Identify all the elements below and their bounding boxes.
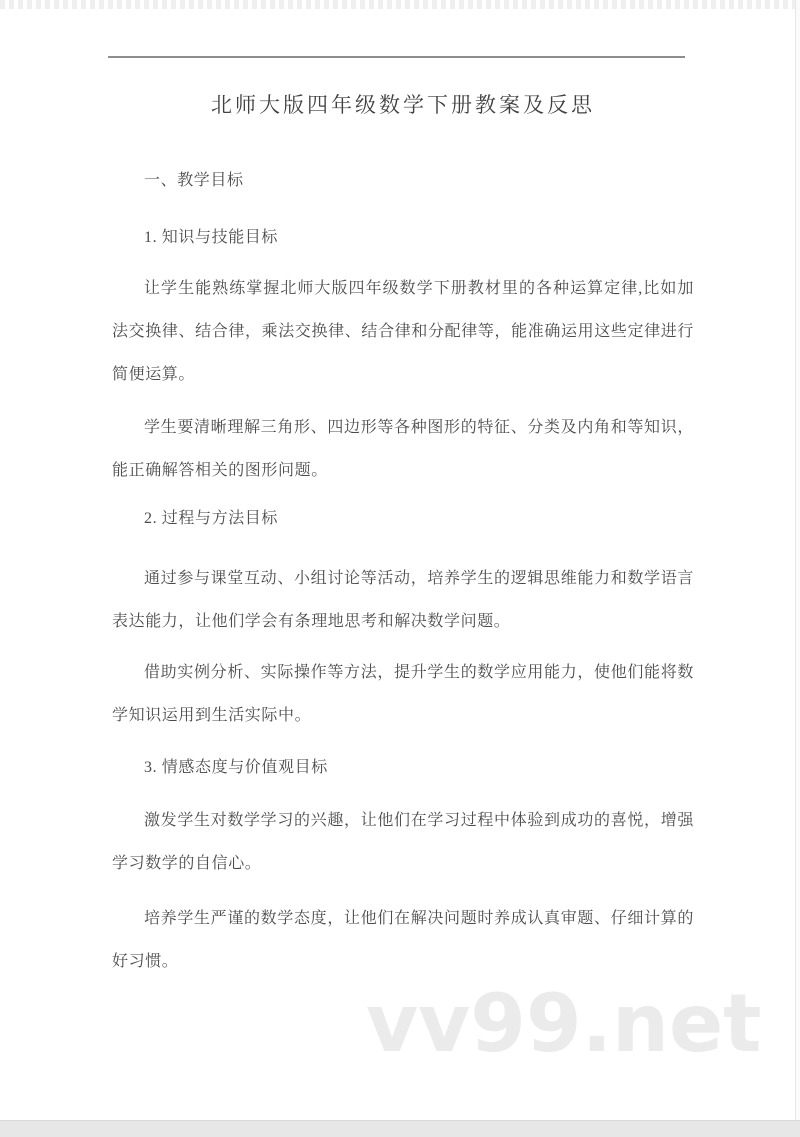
paragraph: 通过参与课堂互动、小组讨论等活动，培养学生的逻辑思维能力和数学语言表达能力，让他… [112, 557, 694, 643]
subheading-process-methods: 2. 过程与方法目标 [112, 509, 694, 529]
document-page: 北师大版四年级数学下册教案及反思 一、教学目标 1. 知识与技能目标 让学生能熟… [0, 0, 800, 1137]
subheading-emotion-values: 3. 情感态度与价值观目标 [112, 758, 694, 778]
document-content: 北师大版四年级数学下册教案及反思 一、教学目标 1. 知识与技能目标 让学生能熟… [112, 0, 694, 983]
section-heading-teaching-goals: 一、教学目标 [112, 171, 694, 191]
paragraph: 借助实例分析、实际操作等方法，提升学生的数学应用能力，使他们能将数学知识运用到生… [112, 651, 694, 737]
paragraph: 培养学生严谨的数学态度，让他们在解决问题时养成认真审题、仔细计算的好习惯。 [112, 897, 694, 983]
watermark-text: vv99.net [366, 984, 761, 1064]
paragraph: 学生要清晰理解三角形、四边形等各种图形的特征、分类及内角和等知识，能正确解答相关… [112, 406, 694, 492]
page-bottom-background [0, 1120, 800, 1137]
paragraph: 激发学生对数学学习的兴趣，让他们在学习过程中体验到成功的喜悦，增强学习数学的自信… [112, 799, 694, 885]
paragraph: 让学生能熟练掌握北师大版四年级数学下册教材里的各种运算定律,比如加法交换律、结合… [112, 267, 694, 396]
page-right-edge [795, 0, 800, 1120]
subheading-knowledge-skills: 1. 知识与技能目标 [112, 228, 694, 248]
document-title: 北师大版四年级数学下册教案及反思 [112, 92, 694, 118]
